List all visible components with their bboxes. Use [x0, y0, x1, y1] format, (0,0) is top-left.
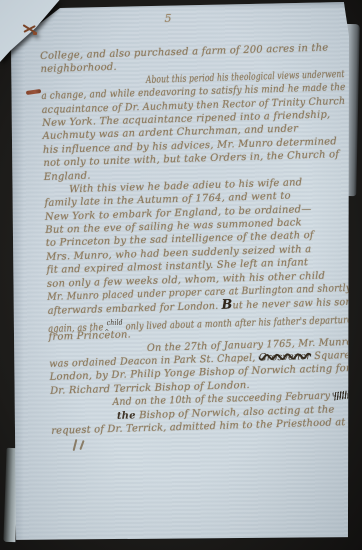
photo-background: 5 College, and also purchased a farm of …	[0, 0, 362, 550]
page-number: 5	[158, 12, 178, 25]
manuscript-text: College, and also purchased a farm of 20…	[40, 41, 355, 438]
handwriting-segment: child	[107, 317, 123, 326]
handwriting-segment: England.	[44, 170, 91, 182]
handwriting-segment: the	[117, 410, 136, 422]
ink-scratch-mark	[333, 390, 354, 401]
handwriting-segment: Square,	[311, 350, 354, 362]
red-edge-mark	[26, 89, 41, 95]
pen-flourish	[68, 438, 88, 454]
handwriting-segment: request of Dr. Terrick, admitted him to …	[51, 417, 355, 437]
manuscript-page: 5 College, and also purchased a farm of …	[10, 2, 350, 542]
folded-page-corner	[0, 0, 64, 66]
handwriting-segment: Grosvenor	[259, 351, 312, 364]
handwriting-segment: ^	[104, 328, 109, 336]
handwriting-segment: again, as the	[48, 322, 104, 335]
binding-thread-mark	[20, 20, 38, 38]
handwriting-segment: B	[221, 298, 232, 313]
